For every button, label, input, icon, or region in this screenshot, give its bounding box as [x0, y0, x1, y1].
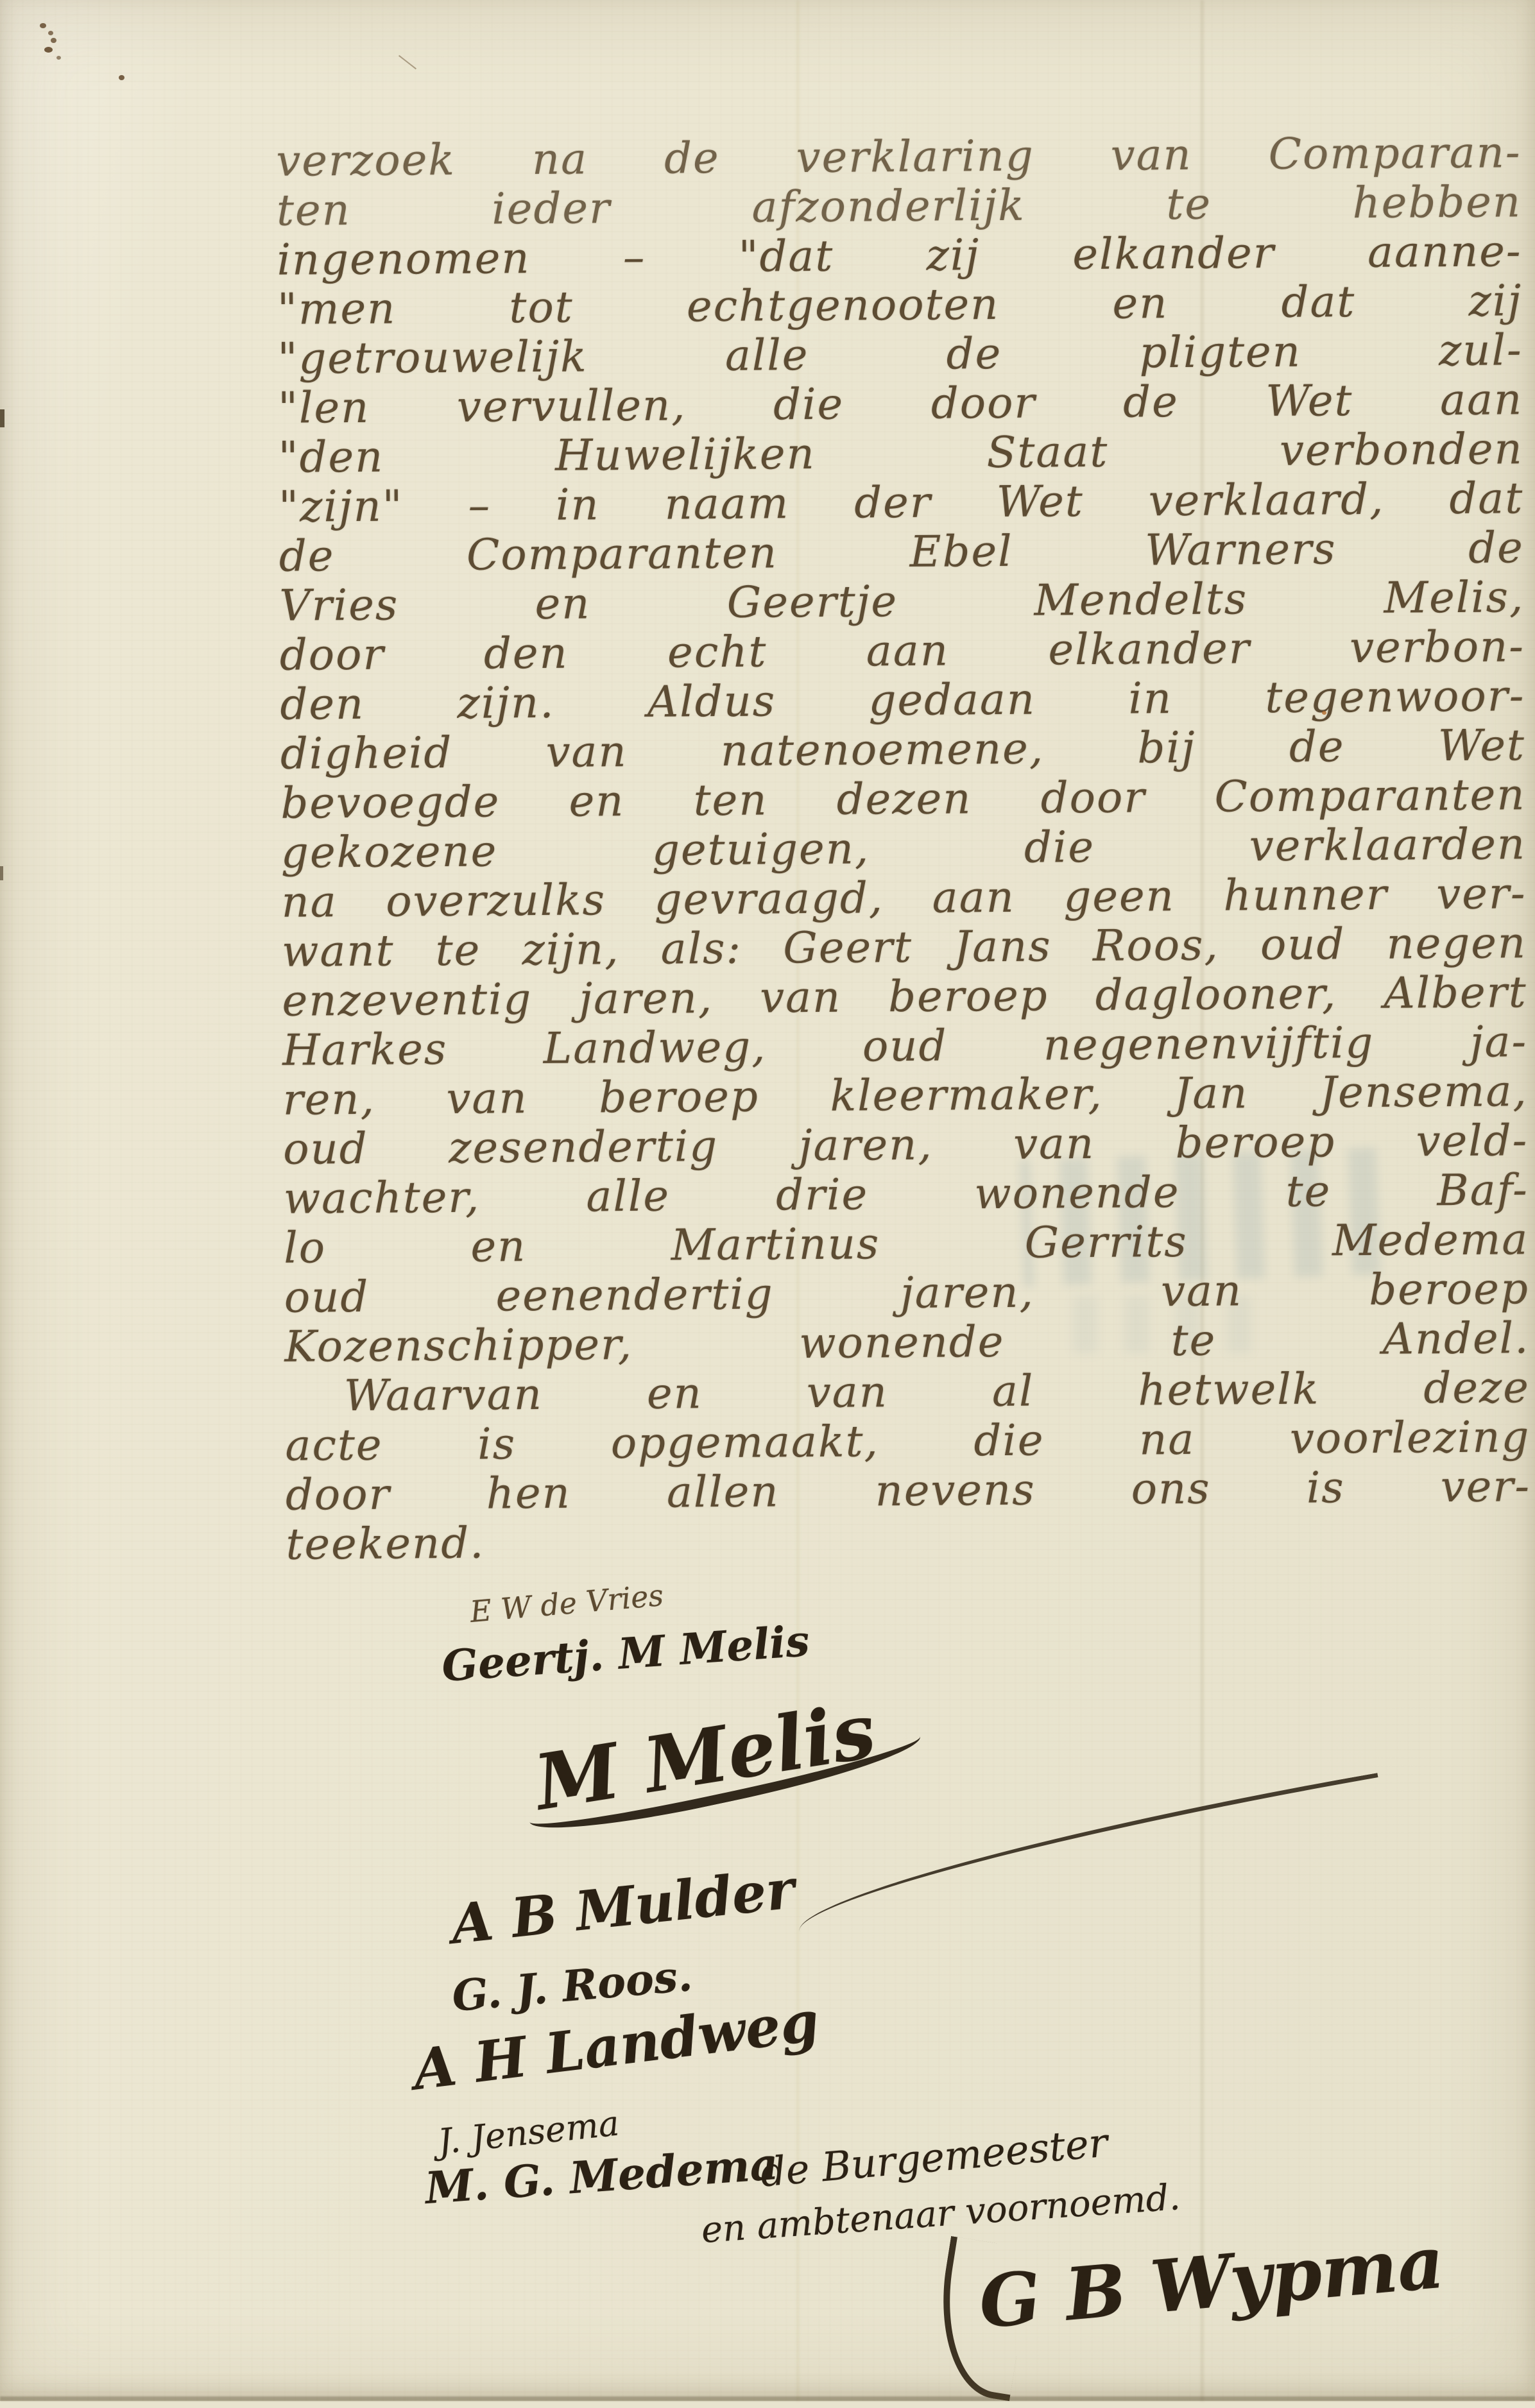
handwritten-line: acte is opgemaakt, die na voorlezing — [285, 1412, 1530, 1471]
signature-a-b-mulder: A B Mulder — [448, 1857, 797, 1956]
handwritten-line: want te zijn, als: Geert Jans Roos, oud … — [282, 918, 1527, 977]
signature-m-melis: M Melis — [529, 1686, 881, 1827]
handwritten-line: wachter, alle drie wonende te Baf- — [284, 1165, 1529, 1224]
handwritten-line: gekozene getuigen, die verklaarden — [281, 819, 1526, 878]
handwritten-line: ten ieder afzonderlijk te hebben — [277, 177, 1522, 235]
signature-burgemeester: G B Wypma — [976, 2221, 1448, 2345]
handwritten-line: oud eenendertig jaren, van beroep — [284, 1264, 1529, 1322]
edge-blemish — [0, 409, 4, 427]
ink-speck — [119, 75, 124, 80]
handwritten-line: bevoegde en ten dezen door Comparanten — [280, 770, 1525, 828]
handwritten-line: "den Huwelijken Staat verbonden — [278, 424, 1523, 482]
handwritten-body-text: verzoek na de verklaring van Comparan- t… — [276, 128, 1531, 1569]
ink-speck — [1322, 711, 1326, 715]
handwritten-line: door den echt aan elkander verbon- — [280, 622, 1525, 680]
handwritten-line: oud zesendertig jaren, van beroep veld- — [283, 1116, 1528, 1174]
handwritten-line: ingenomen – "dat zij elkander aanne- — [277, 226, 1522, 285]
document-page: verzoek na de verklaring van Comparan- t… — [0, 0, 1535, 2401]
scan-edge — [0, 2396, 1535, 2401]
handwritten-line: ren, van beroep kleermaker, Jan Jensema, — [282, 1066, 1527, 1125]
signature-e-w-de-vries: E W de Vries — [468, 1578, 665, 1629]
handwritten-line: door hen allen nevens ons is ver- — [286, 1462, 1531, 1520]
handwritten-line: verzoek na de verklaring van Comparan- — [276, 128, 1521, 186]
handwritten-line: enzeventig jaren, van beroep daglooner, … — [282, 968, 1527, 1026]
handwritten-line: de Comparanten Ebel Warners de — [279, 523, 1524, 581]
ink-speck — [51, 38, 56, 43]
handwritten-line: Vries en Geertje Mendelts Melis, — [279, 572, 1524, 631]
handwritten-line: "len vervullen, die door de Wet aan — [278, 375, 1523, 433]
handwritten-line: teekend. — [286, 1511, 1531, 1569]
edge-blemish — [0, 866, 3, 880]
handwritten-line: "men tot echtgenooten en dat zij — [277, 276, 1522, 334]
ink-speck — [40, 23, 46, 28]
handwritten-line: den zijn. Aldus gedaan in tegenwoor- — [280, 671, 1525, 730]
ink-speck — [56, 56, 61, 60]
ink-speck — [48, 31, 53, 35]
handwritten-line: na overzulks gevraagd, aan geen hunner v… — [281, 869, 1526, 927]
handwritten-line: "zijn" – in naam der Wet verklaard, dat — [279, 474, 1523, 532]
handwritten-line: "getrouwelijk alle de pligten zul- — [277, 325, 1522, 384]
ink-speck — [44, 47, 53, 53]
handwritten-line: Kozenschipper, wonende te Andel. — [284, 1313, 1529, 1372]
handwritten-line: Harkes Landweg, oud negenenvijftig ja- — [282, 1017, 1527, 1075]
handwritten-line: Waarvan en van al hetwelk deze — [285, 1363, 1530, 1421]
paper-fiber — [399, 55, 416, 70]
handwritten-line: digheid van natenoemene, bij de Wet — [280, 721, 1525, 779]
handwritten-line: lo en Martinus Gerrits Medema — [284, 1215, 1529, 1273]
